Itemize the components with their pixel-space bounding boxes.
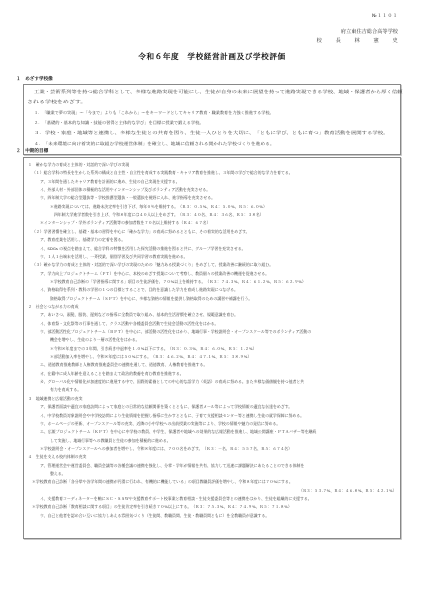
goal-line: ＊進路実現については、進路未決定率を引き下げ、毎年０％を維持する。（Ｒ３：０.５… [50, 204, 267, 209]
goal-line: ４ 生徒を支える校内体制の充実 [28, 454, 86, 459]
goal-line: 機会を増やし、生徒のより一層の活性化をはかる。 [50, 337, 139, 342]
goal-line: ウ、部活動活性化プロジェクトチーム（ＢＰＴ）を中心に、部活動の活性化をはかり、地… [40, 329, 311, 334]
goal-line: ウ、１人１台端末を活用し、一斉授業、個別学習及び共同学習の教育実践を進める。 [40, 254, 188, 259]
goal-line: ア、管理運営会や運営委員会、職員会議等の各種会議の連携を強化し、分掌・学年が情報… [40, 463, 304, 468]
goal-line: ウ、自己と他者を認め合い互いに協力しあえる雰囲気づくり（生徒間、教職員間、生徒・… [40, 513, 269, 518]
goal-line: ウ、ホームページの更新、オープンスクール等の充実、近隣の小中学校への出前授業の実… [40, 421, 280, 426]
school-name: 府立東住吉総合高等学校 [317, 28, 398, 37]
principal-name: 校 長 林 憲 史 [317, 37, 402, 46]
goal-line: （３）確かな学力の育成と主体的・対話的で深い学びの実現のための「魅力ある授業づく… [32, 262, 273, 267]
vision-line: される学校をめざす。 [27, 99, 86, 104]
goal-line: ア、３年間を通したキャリア教育を計画的に進め、生徒の自己実現を支援する。 [40, 179, 180, 184]
section-heading-midterm-goals: ２ 中期的目標 [16, 148, 48, 154]
goal-line: エ、広報プロジェクトチーム（ＫＰＴ）を中心に中学校の教員、中学生、保護者や地域へ… [40, 429, 316, 434]
goal-line: オ、在籍中に成人年齢を迎えることを踏まえて政治的教養を育む教育を推進する。 [40, 371, 184, 376]
goal-line: カ、グローバル化や情報化が加速度的に進展する中で、国際的素養としての中心的な語学… [40, 379, 304, 384]
goal-line: イ、体育祭・文化祭等の行事を通して、クラス活動や各種委員会活動で生徒会活動の活性… [40, 321, 218, 326]
document-number: №１１０１ [372, 13, 398, 19]
goal-line: ア、教育産業を活用し、基礎学力の定着を図る。 [40, 237, 125, 242]
goal-line: ２ 社会とつながる力の育成 [28, 304, 79, 309]
goal-line: 整える。 [50, 471, 66, 476]
goal-line: ＊学校説明会・オープンスクールへの参加者を増やし、令和８年度には、７００名をめざ… [40, 446, 292, 451]
goal-line: ア、保護者面談や適宜の家庭訪問によって家庭との日常的な信頼関係を築くとともに、保… [40, 404, 292, 409]
vision-line: ２．「基礎的・基本的な知識・技能の習得と主体的な学び」を目標に授業で鍛える学校。 [34, 120, 204, 125]
goal-line: ＊令和８年度までの３年間、引き続き中退率を１.０%以下にする。（Ｒ３：０.３%、… [50, 346, 256, 351]
goal-line: 四年制大学進学者数を引き上げ、令和８年度には４０人以上をめざす。（Ｒ３：４０名、… [50, 212, 264, 217]
goal-line: イ、支援教育コーディネーターを軸にＳＣ・ＳＳＷや支援教育サポート校事業と教育相談… [40, 496, 312, 501]
goal-line: イ、資格取得を系列・教科の学習の１つの目標とすることで、目的を意識した学力を育成… [40, 287, 238, 292]
goal-line: ＊学校教育自己診断「各分掌や各学年間の連携が円滑に行われ、有機的に機能している」… [32, 479, 293, 484]
vision-line: ３．学校・家庭・地域等と連携し、多様な生徒との共育を図り、生徒一人ひとりを大切に… [34, 130, 388, 135]
midterm-goals-box: １ 確かな学力の育成と主体的・対話的で深い学びの実現（１）総合学科の特長を生かし… [23, 157, 401, 539]
goal-line: ３ 地域連携と広報活動の充実 [28, 396, 82, 401]
goal-line: ＊部活動加入率を増やし、令和８年度には５０%にする。（Ｒ３：４６.２%、Ｒ４：４… [50, 354, 251, 359]
goal-line: イ、中学校教員対象説明会や中学校訪問により生徒情報を把握し指導に生かすとともに、… [40, 413, 304, 418]
goal-line: （１）総合学科の特長を生かした系列の構成と自主性・自立性を育成する実践教育・キャ… [32, 170, 293, 175]
goal-line: ＊インターンシップ・学外ボランティア活動等の参加者数を７０名以上維持する（Ｒ４：… [40, 220, 210, 225]
goal-line: ＊学校教育自己診断「教育相談に関する項目」の生徒肯定率を引き続き７０%以上にする… [32, 504, 292, 509]
school-info: 府立東住吉総合高等学校 校 長 林 憲 史 [317, 28, 398, 46]
goal-line: イ、外部人材・外部団体の積極的な活用やインターンシップ及びボランティア活動を充実… [40, 187, 210, 192]
section-heading-school-vision: １ めざす学校像 [16, 76, 53, 82]
goal-line: エ、道徳教育推進教師と人権教育推進委員会の連携を通して、道徳教育、人権教育を推進… [40, 362, 207, 367]
goal-line: （Ｒ３：５３.７%、Ｒ４：４６.８%、Ｒ５：４２.１%） [299, 488, 396, 493]
goal-line: イ、SDGs の視点を踏まえて、総合学科の特徴を活用した探究活動の推進を図ると共… [40, 246, 246, 251]
goal-line: ア、学力向上プロジェクトチーム（ＰＴ）を中心に、本校のめざす授業について考察し、… [40, 271, 269, 276]
vision-line: １．「職業で夢の実現」～「今まで」よりも「これから」～をキーワードとしてキャリア… [34, 110, 274, 115]
school-vision-box: 工業・芸術系列等を持つ総合学科として、多様な進路実現を可能にし、生徒が自身の未来… [23, 84, 401, 155]
vision-line: ４．「未来環境に向け着実的に取組む学校運営体制」を確立し、地域に信頼される開かれ… [34, 141, 275, 146]
vision-line: 工業・芸術系列等を持つ総合学科として、多様な進路実現を可能にし、生徒が自身の未来… [34, 89, 403, 94]
goal-line: 有力を育成する。 [50, 387, 81, 392]
page-title: 令和６年度 学校経営計画及び学校評価 [0, 51, 424, 62]
goal-line: （２）学習習慣を確立し、基礎・基本の習得を中心に「確かな学力」の育成に努めるとと… [32, 229, 250, 234]
goal-line: １ 確かな学力の育成と主体的・対話的で深い学びの実現 [28, 162, 129, 167]
goal-line: ウ、四年制大学の総合型選抜等・学校推薦型選抜・一般選抜を視野に入れ、進学指導を充… [40, 195, 215, 200]
goal-line: して実施し、地域行事等への教職員と生徒の参加を積極的に進める。 [50, 438, 171, 443]
goal-line: ＊学校教育自己診断の「学習指導に関する」項目の生徒評価を、７０%以上を維持する。… [50, 279, 306, 284]
goal-line: ア、あいさつ、頭髪、服装、遅刻などの指導に全教員で取り組み、基本的生活習慣を確立… [40, 312, 238, 317]
goal-line: 資格取得プロジェクトチーム（ＳＰＴ）を中心に、多様な資格の情報を提供し資格取得の… [50, 296, 252, 301]
